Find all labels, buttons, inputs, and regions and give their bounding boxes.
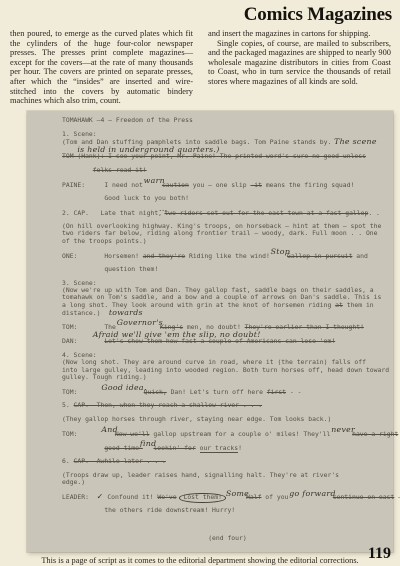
script-line: edge.) bbox=[62, 479, 393, 486]
script-segment-x: CAP. Awhile later . . . bbox=[74, 457, 166, 465]
script-segment-x: good time bbox=[104, 444, 142, 452]
script-segment-x: —it bbox=[250, 181, 262, 189]
right-column-paragraph-1: and insert the magazines in cartons for … bbox=[208, 29, 391, 39]
script-segment-p: DAN: bbox=[62, 337, 104, 345]
script-segment-x: have a right bbox=[352, 430, 398, 438]
right-column: and insert the magazines in cartons for … bbox=[208, 29, 391, 106]
script-segment-hu: Some bbox=[226, 490, 249, 497]
script-segment-p: — bbox=[394, 493, 400, 501]
script-segment-p: gulley. Tough riding.) bbox=[62, 373, 147, 381]
script-line: (They gallop horses through river, stayi… bbox=[62, 416, 393, 423]
script-segment-x: lookin' for bbox=[153, 444, 195, 452]
script-photo: TOMAHAWK —4 — Freedom of the Press1. Sce… bbox=[27, 111, 393, 552]
script-lines: TOMAHAWK —4 — Freedom of the Press1. Sce… bbox=[27, 117, 393, 542]
script-segment-p bbox=[196, 444, 200, 452]
script-segment-p bbox=[62, 166, 93, 174]
script-segment-p: 6. bbox=[62, 457, 74, 465]
script-line: PAINE: I need not warncaution you — one … bbox=[62, 181, 393, 188]
script-segment-p: Dan! Let's turn off here bbox=[167, 388, 267, 396]
body-columns: then poured, to emerge as the curved pla… bbox=[0, 26, 400, 106]
script-segment-p: - - bbox=[286, 388, 301, 396]
script-segment-circ: Lost them! bbox=[179, 493, 225, 502]
script-segment-x: folks read it! bbox=[93, 166, 147, 174]
script-line: (Troops draw up, leader raises hand, sig… bbox=[62, 472, 393, 479]
page-number: 119 bbox=[368, 545, 391, 563]
script-segment-hu: ... bbox=[159, 205, 167, 212]
script-segment-hu: And bbox=[101, 426, 118, 433]
script-segment-h: The scene bbox=[331, 137, 376, 146]
script-segment-p: Confound it! bbox=[103, 493, 157, 501]
script-segment-x: and they're bbox=[143, 252, 185, 260]
script-segment-x: first bbox=[267, 388, 286, 396]
script-line: folks read it! bbox=[62, 167, 393, 174]
script-segment-p: Good luck to you both! bbox=[62, 194, 189, 202]
script-segment-x: We've bbox=[157, 493, 176, 501]
script-line: of the troops points.) bbox=[62, 238, 393, 245]
script-segment-x: CAP. Then, when they reach a shallow riv… bbox=[74, 401, 263, 409]
script-segment-x: continue on east bbox=[333, 493, 395, 501]
script-segment-p: gallop upstream for a couple o' miles! T… bbox=[150, 430, 335, 438]
script-segment-x: TOM (Hank): I see your point, Mr. Paine!… bbox=[62, 152, 366, 160]
script-segment-p: ! bbox=[238, 444, 242, 452]
script-line: gulley. Tough riding.) bbox=[62, 374, 393, 381]
left-column-paragraph: then poured, to emerge as the curved pla… bbox=[10, 29, 193, 106]
script-segment-p: ONE: Horsemen! bbox=[62, 252, 143, 260]
script-segment-p: Riding like the wind! bbox=[185, 252, 274, 260]
script-line: 6. CAP. Awhile later . . . bbox=[62, 458, 393, 465]
script-segment-x: Gallop in pursuit bbox=[287, 252, 352, 260]
left-column: then poured, to emerge as the curved pla… bbox=[10, 29, 193, 106]
script-line: the others ride downstream! Hurry! bbox=[62, 507, 393, 514]
script-segment-p: edge.) bbox=[62, 478, 85, 486]
script-segment-p: (Troops draw up, leader raises hand, sig… bbox=[62, 471, 339, 479]
script-segment-p: means the firing squad! bbox=[262, 181, 354, 189]
script-line: 2. CAP. Late that night,...two riders se… bbox=[62, 209, 393, 216]
script-line: good time findlookin' for our tracks! bbox=[62, 444, 393, 451]
script-segment-p: 2. CAP. Late that night, bbox=[62, 209, 162, 217]
script-segment-p: of the troops points.) bbox=[62, 237, 147, 245]
script-line: distance.) towards bbox=[62, 309, 393, 316]
script-line: TOMAHAWK —4 — Freedom of the Press bbox=[62, 117, 393, 124]
script-segment-x: They're earlier than I thought! bbox=[245, 323, 364, 331]
script-segment-p bbox=[62, 444, 104, 452]
script-segment-p: 5. bbox=[62, 401, 74, 409]
script-line: LEADER: ✓ Confound it! We've Lost them! … bbox=[62, 493, 393, 500]
script-segment-x: Let's show them how fast a couple of Ame… bbox=[104, 337, 335, 345]
script-segment-x: Now we'll bbox=[115, 430, 150, 438]
script-segment-x: two riders set out for the east town at … bbox=[164, 209, 368, 217]
script-segment-hu: warn bbox=[144, 177, 165, 184]
script-line: (end four) bbox=[62, 535, 393, 542]
script-segment-p: them in bbox=[343, 301, 374, 309]
script-line: DAN: Let's show them how fast a couple o… bbox=[62, 338, 393, 345]
script-line: question them! bbox=[62, 266, 393, 273]
script-segment-p: distance.) bbox=[62, 309, 100, 317]
script-segment-x: caution bbox=[162, 181, 189, 189]
script-segment-h: towards bbox=[100, 308, 142, 317]
script-segment-hu: Good idea, bbox=[101, 384, 146, 391]
script-segment-p: and bbox=[352, 252, 367, 260]
script-segment-p: 1. Scene: bbox=[62, 130, 97, 138]
script-segment-hu: Governor's bbox=[117, 319, 163, 326]
script-segment-p: of you bbox=[261, 493, 292, 501]
script-line: ONE: Horsemen! and they're Riding like t… bbox=[62, 252, 393, 259]
script-segment-p: LEADER: bbox=[62, 493, 97, 501]
script-segment-p: TOM: bbox=[62, 388, 104, 396]
script-line: TOM: Good idea,Quick, Dan! Let's turn of… bbox=[62, 388, 393, 395]
script-segment-p: question them! bbox=[62, 265, 158, 273]
page-header: Comics Magazines bbox=[0, 0, 400, 26]
script-segment-p: (They gallop horses through river, stayi… bbox=[62, 415, 331, 423]
script-line: Good luck to you both! bbox=[62, 195, 393, 202]
photo-caption: This is a page of script as it comes to … bbox=[0, 552, 400, 565]
script-line: 5. CAP. Then, when they reach a shallow … bbox=[62, 402, 393, 409]
script-segment-p: . . bbox=[368, 209, 380, 217]
script-segment-p: TOMAHAWK —4 — Freedom of the Press bbox=[62, 116, 193, 124]
script-segment-p: the others ride downstream! Hurry! bbox=[62, 506, 235, 514]
script-segment-p: PAINE: I need not bbox=[62, 181, 147, 189]
script-line: TOM (Hank): I see your point, Mr. Paine!… bbox=[62, 153, 393, 160]
right-column-paragraph-2: Single copies, of course, are mailed to … bbox=[208, 39, 391, 87]
script-segment-p: you — one slip bbox=[189, 181, 251, 189]
book-page: { "header": { "title": "Comics Magazines… bbox=[0, 0, 400, 566]
script-line: TOM: AndNow we'll gallop upstream for a … bbox=[62, 430, 393, 437]
script-segment-hu: Stop bbox=[271, 248, 290, 255]
script-segment-x: at bbox=[335, 301, 343, 309]
script-segment-u: our tracks bbox=[200, 444, 238, 453]
script-segment-p: TOM: bbox=[62, 430, 104, 438]
script-segment-hu: never bbox=[331, 426, 355, 433]
script-segment-hu: go forward bbox=[289, 490, 336, 497]
page-title: Comics Magazines bbox=[0, 4, 392, 26]
script-segment-x: Quick, bbox=[144, 388, 167, 396]
script-segment-hu: find bbox=[140, 440, 157, 447]
script-segment-p: (end four) bbox=[62, 534, 247, 542]
